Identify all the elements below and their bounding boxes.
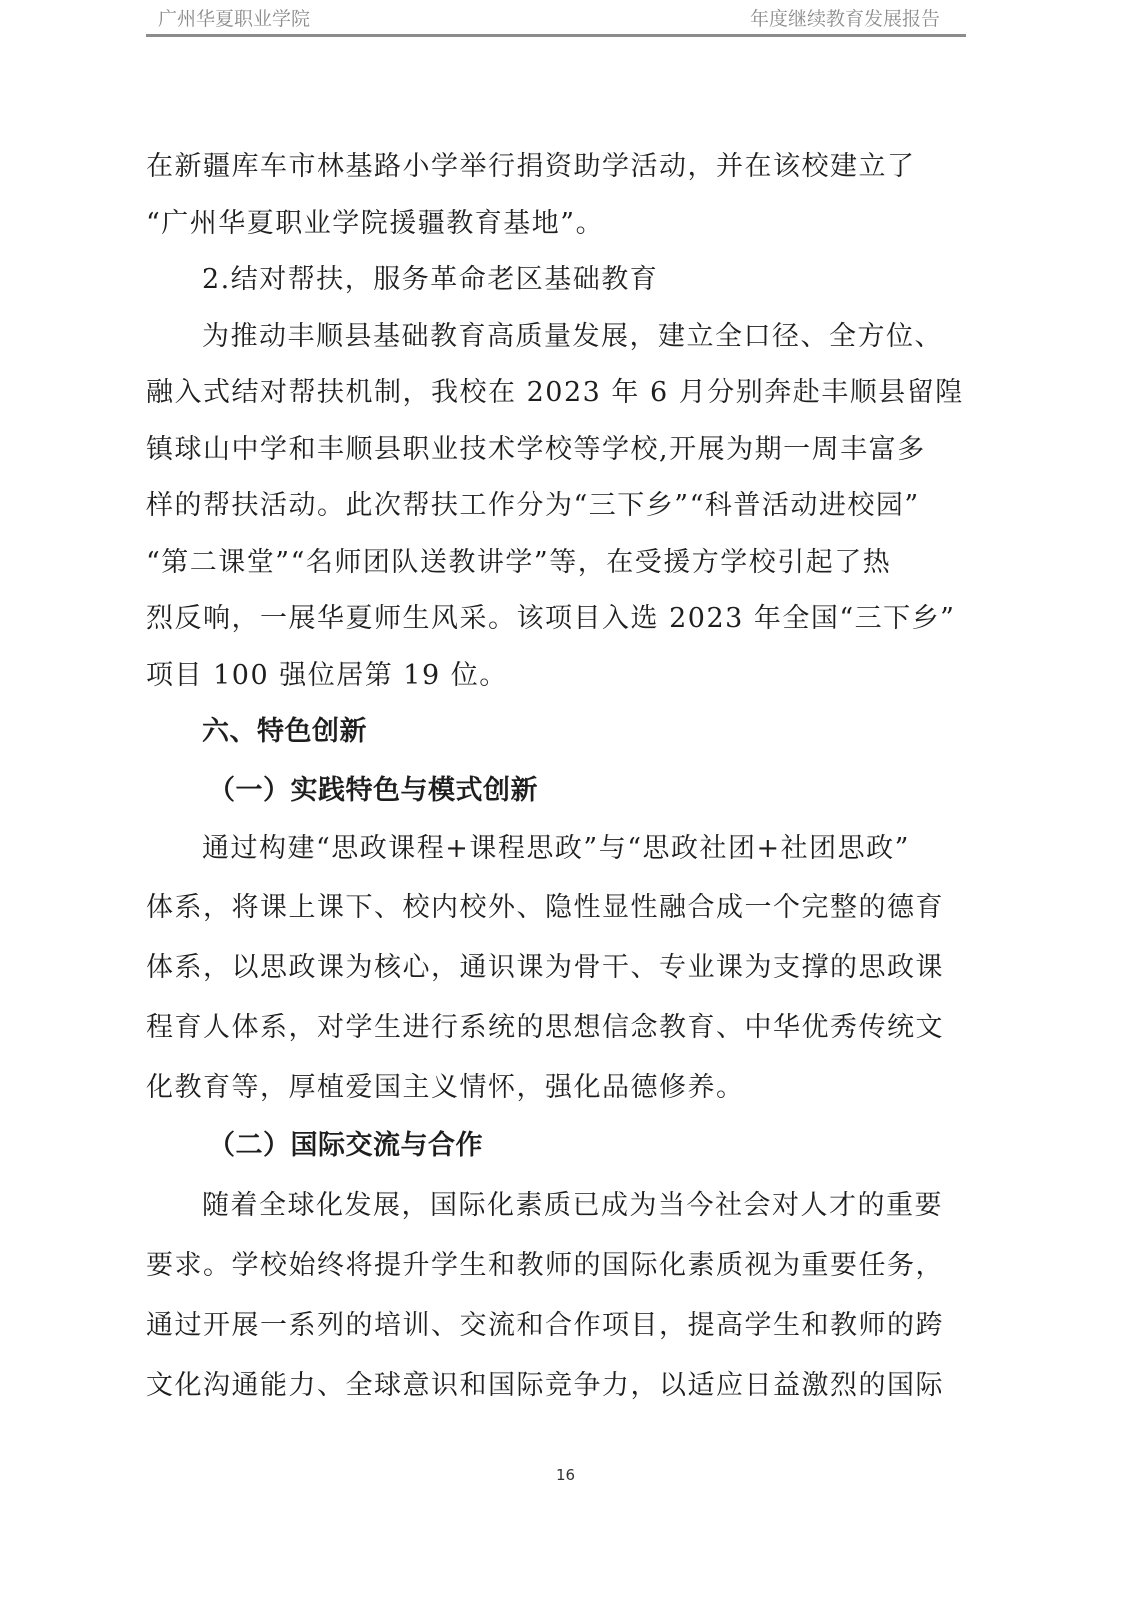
page-header: 广州华夏职业学院 年度继续教育发展报告 [146,2,966,28]
body-line: 为推动丰顺县基础教育高质量发展，建立全口径、全方位、 [146,320,1022,354]
body-line: 化教育等，厚植爱国主义情怀，强化品德修养。 [146,1071,966,1105]
header-report-title: 年度继续教育发展报告 [750,4,940,31]
header-institution: 广州华夏职业学院 [158,4,310,31]
body-line: 随着全球化发展，国际化素质已成为当今社会对人才的重要 [146,1189,1022,1223]
body-line: 体系，以思政课为核心，通识课为骨干、专业课为支撑的思政课 [146,951,966,985]
page-number: 16 [0,1466,1131,1484]
body-line: 融入式结对帮扶机制，我校在 2023 年 6 月分别奔赴丰顺县留隍 [146,376,966,410]
body-line: “广州华夏职业学院援疆教育基地”。 [146,207,966,241]
section-subheading: 2.结对帮扶，服务革命老区基础教育 [146,263,1022,297]
body-line: 镇球山中学和丰顺县职业技术学校等学校,开展为期一周丰富多 [146,433,966,467]
body-line: 项目 100 强位居第 19 位。 [146,659,966,693]
body-line: “第二课堂”“名师团队送教讲学”等，在受援方学校引起了热 [146,546,966,580]
body-line: 要求。学校始终将提升学生和教师的国际化素质视为重要任务， [146,1249,966,1283]
body-line: 样的帮扶活动。此次帮扶工作分为“三下乡”“科普活动进校园” [146,489,966,523]
subsection-heading: （二）国际交流与合作 [146,1129,1028,1163]
body-line: 体系，将课上课下、校内校外、隐性显性融合成一个完整的德育 [146,891,966,925]
subsection-heading: （一）实践特色与模式创新 [146,774,1028,808]
body-line: 通过构建“思政课程+课程思政”与“思政社团+社团思政” [146,832,1022,866]
body-line: 烈反响，一展华夏师生风采。该项目入选 2023 年全国“三下乡” [146,602,966,636]
body-line: 程育人体系，对学生进行系统的思想信念教育、中华优秀传统文 [146,1011,966,1045]
body-line: 文化沟通能力、全球意识和国际竞争力，以适应日益激烈的国际 [146,1369,966,1403]
section-heading: 六、特色创新 [146,715,1022,749]
body-line: 通过开展一系列的培训、交流和合作项目，提高学生和教师的跨 [146,1309,966,1343]
body-line: 在新疆库车市林基路小学举行捐资助学活动，并在该校建立了 [146,150,966,184]
header-divider [146,34,966,37]
